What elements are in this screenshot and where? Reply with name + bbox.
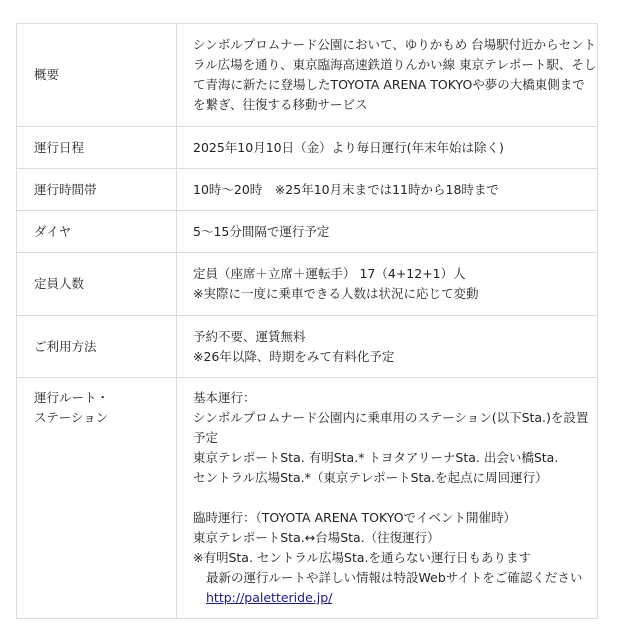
row-label: 運行時間帯 bbox=[17, 169, 177, 211]
usage-line: 予約不要、運賃無料 bbox=[193, 327, 587, 347]
row-value: 定員（座席＋立席＋運転手） 17（4+12+1）人 ※実際に一度に乗車できる人数… bbox=[177, 253, 598, 316]
basic-route-line: セントラル広場Sta.*（東京テレポートSta.を起点に周回運行） bbox=[193, 468, 587, 488]
row-label: ご利用方法 bbox=[17, 316, 177, 378]
table-row-schedule: 運行日程 2025年10月10日（金）より毎日運行(年末年始は除く) bbox=[17, 127, 598, 169]
row-label: 運行日程 bbox=[17, 127, 177, 169]
usage-note: ※26年以降、時期をみて有料化予定 bbox=[193, 347, 587, 367]
route-label-line: 運行ルート・ bbox=[34, 388, 176, 408]
table-row-overview: 概要 シンボルプロムナード公園において、ゆりかもめ 台場駅付近からセント ラル広… bbox=[17, 24, 598, 127]
section-spacer bbox=[193, 488, 587, 508]
temporary-route-heading: 臨時運行：（TOYOTA ARENA TOKYOでイベント開催時） bbox=[193, 508, 587, 528]
row-value: 基本運行： シンボルプロムナード公園内に乗車用のステーション(以下Sta.)を設… bbox=[177, 378, 598, 619]
overview-line: シンボルプロムナード公園において、ゆりかもめ 台場駅付近からセント bbox=[193, 35, 587, 55]
temporary-route-line: 東京テレポートSta.↔台場Sta.（往復運行） bbox=[193, 528, 587, 548]
table-row-timetable: ダイヤ 5～15分間隔で運行予定 bbox=[17, 211, 598, 253]
row-value: 予約不要、運賃無料 ※26年以降、時期をみて有料化予定 bbox=[177, 316, 598, 378]
overview-line: を繋ぎ、往復する移動サービス bbox=[193, 95, 587, 115]
capacity-line: 定員（座席＋立席＋運転手） 17（4+12+1）人 bbox=[193, 264, 587, 284]
temporary-route-line: ※有明Sta. セントラル広場Sta.を通らない運行日もあります bbox=[193, 548, 587, 568]
service-info-table: 概要 シンボルプロムナード公園において、ゆりかもめ 台場駅付近からセント ラル広… bbox=[16, 23, 598, 619]
row-value: 5～15分間隔で運行予定 bbox=[177, 211, 598, 253]
table-row-route: 運行ルート・ ステーション 基本運行： シンボルプロムナード公園内に乗車用のステ… bbox=[17, 378, 598, 619]
table-row-usage: ご利用方法 予約不要、運賃無料 ※26年以降、時期をみて有料化予定 bbox=[17, 316, 598, 378]
row-label: 概要 bbox=[17, 24, 177, 127]
row-value: 10時～20時 ※25年10月末までは11時から18時まで bbox=[177, 169, 598, 211]
table-row-capacity: 定員人数 定員（座席＋立席＋運転手） 17（4+12+1）人 ※実際に一度に乗車… bbox=[17, 253, 598, 316]
row-label: 定員人数 bbox=[17, 253, 177, 316]
basic-route-line: 東京テレポートSta. 有明Sta.* トヨタアリーナSta. 出会い橋Sta. bbox=[193, 448, 587, 468]
row-value: シンボルプロムナード公園において、ゆりかもめ 台場駅付近からセント ラル広場を通… bbox=[177, 24, 598, 127]
basic-route-line: シンボルプロムナード公園内に乗車用のステーション(以下Sta.)を設置 bbox=[193, 408, 587, 428]
capacity-note: ※実際に一度に乗車できる人数は状況に応じて変動 bbox=[193, 284, 587, 304]
website-link-wrapper: http://paletteride.jp/ bbox=[193, 588, 587, 608]
row-label: ダイヤ bbox=[17, 211, 177, 253]
overview-line: ラル広場を通り、東京臨海高速鉄道りんかい線 東京テレポート駅、そし bbox=[193, 55, 587, 75]
basic-route-line: 予定 bbox=[193, 428, 587, 448]
overview-line: て青海に新たに登場したTOYOTA ARENA TOKYOや夢の大橋東側まで bbox=[193, 75, 587, 95]
row-value: 2025年10月10日（金）より毎日運行(年末年始は除く) bbox=[177, 127, 598, 169]
schedule-text: 2025年10月10日（金）より毎日運行(年末年始は除く) bbox=[193, 138, 587, 158]
table-row-hours: 運行時間帯 10時～20時 ※25年10月末までは11時から18時まで bbox=[17, 169, 598, 211]
route-label-line: ステーション bbox=[34, 408, 176, 428]
website-note: 最新の運行ルートや詳しい情報は特設Webサイトをご確認ください bbox=[193, 568, 587, 588]
hours-text: 10時～20時 ※25年10月末までは11時から18時まで bbox=[193, 180, 587, 200]
row-label: 運行ルート・ ステーション bbox=[17, 378, 177, 619]
website-link[interactable]: http://paletteride.jp/ bbox=[206, 590, 332, 605]
basic-route-heading: 基本運行： bbox=[193, 388, 587, 408]
timetable-text: 5～15分間隔で運行予定 bbox=[193, 222, 587, 242]
